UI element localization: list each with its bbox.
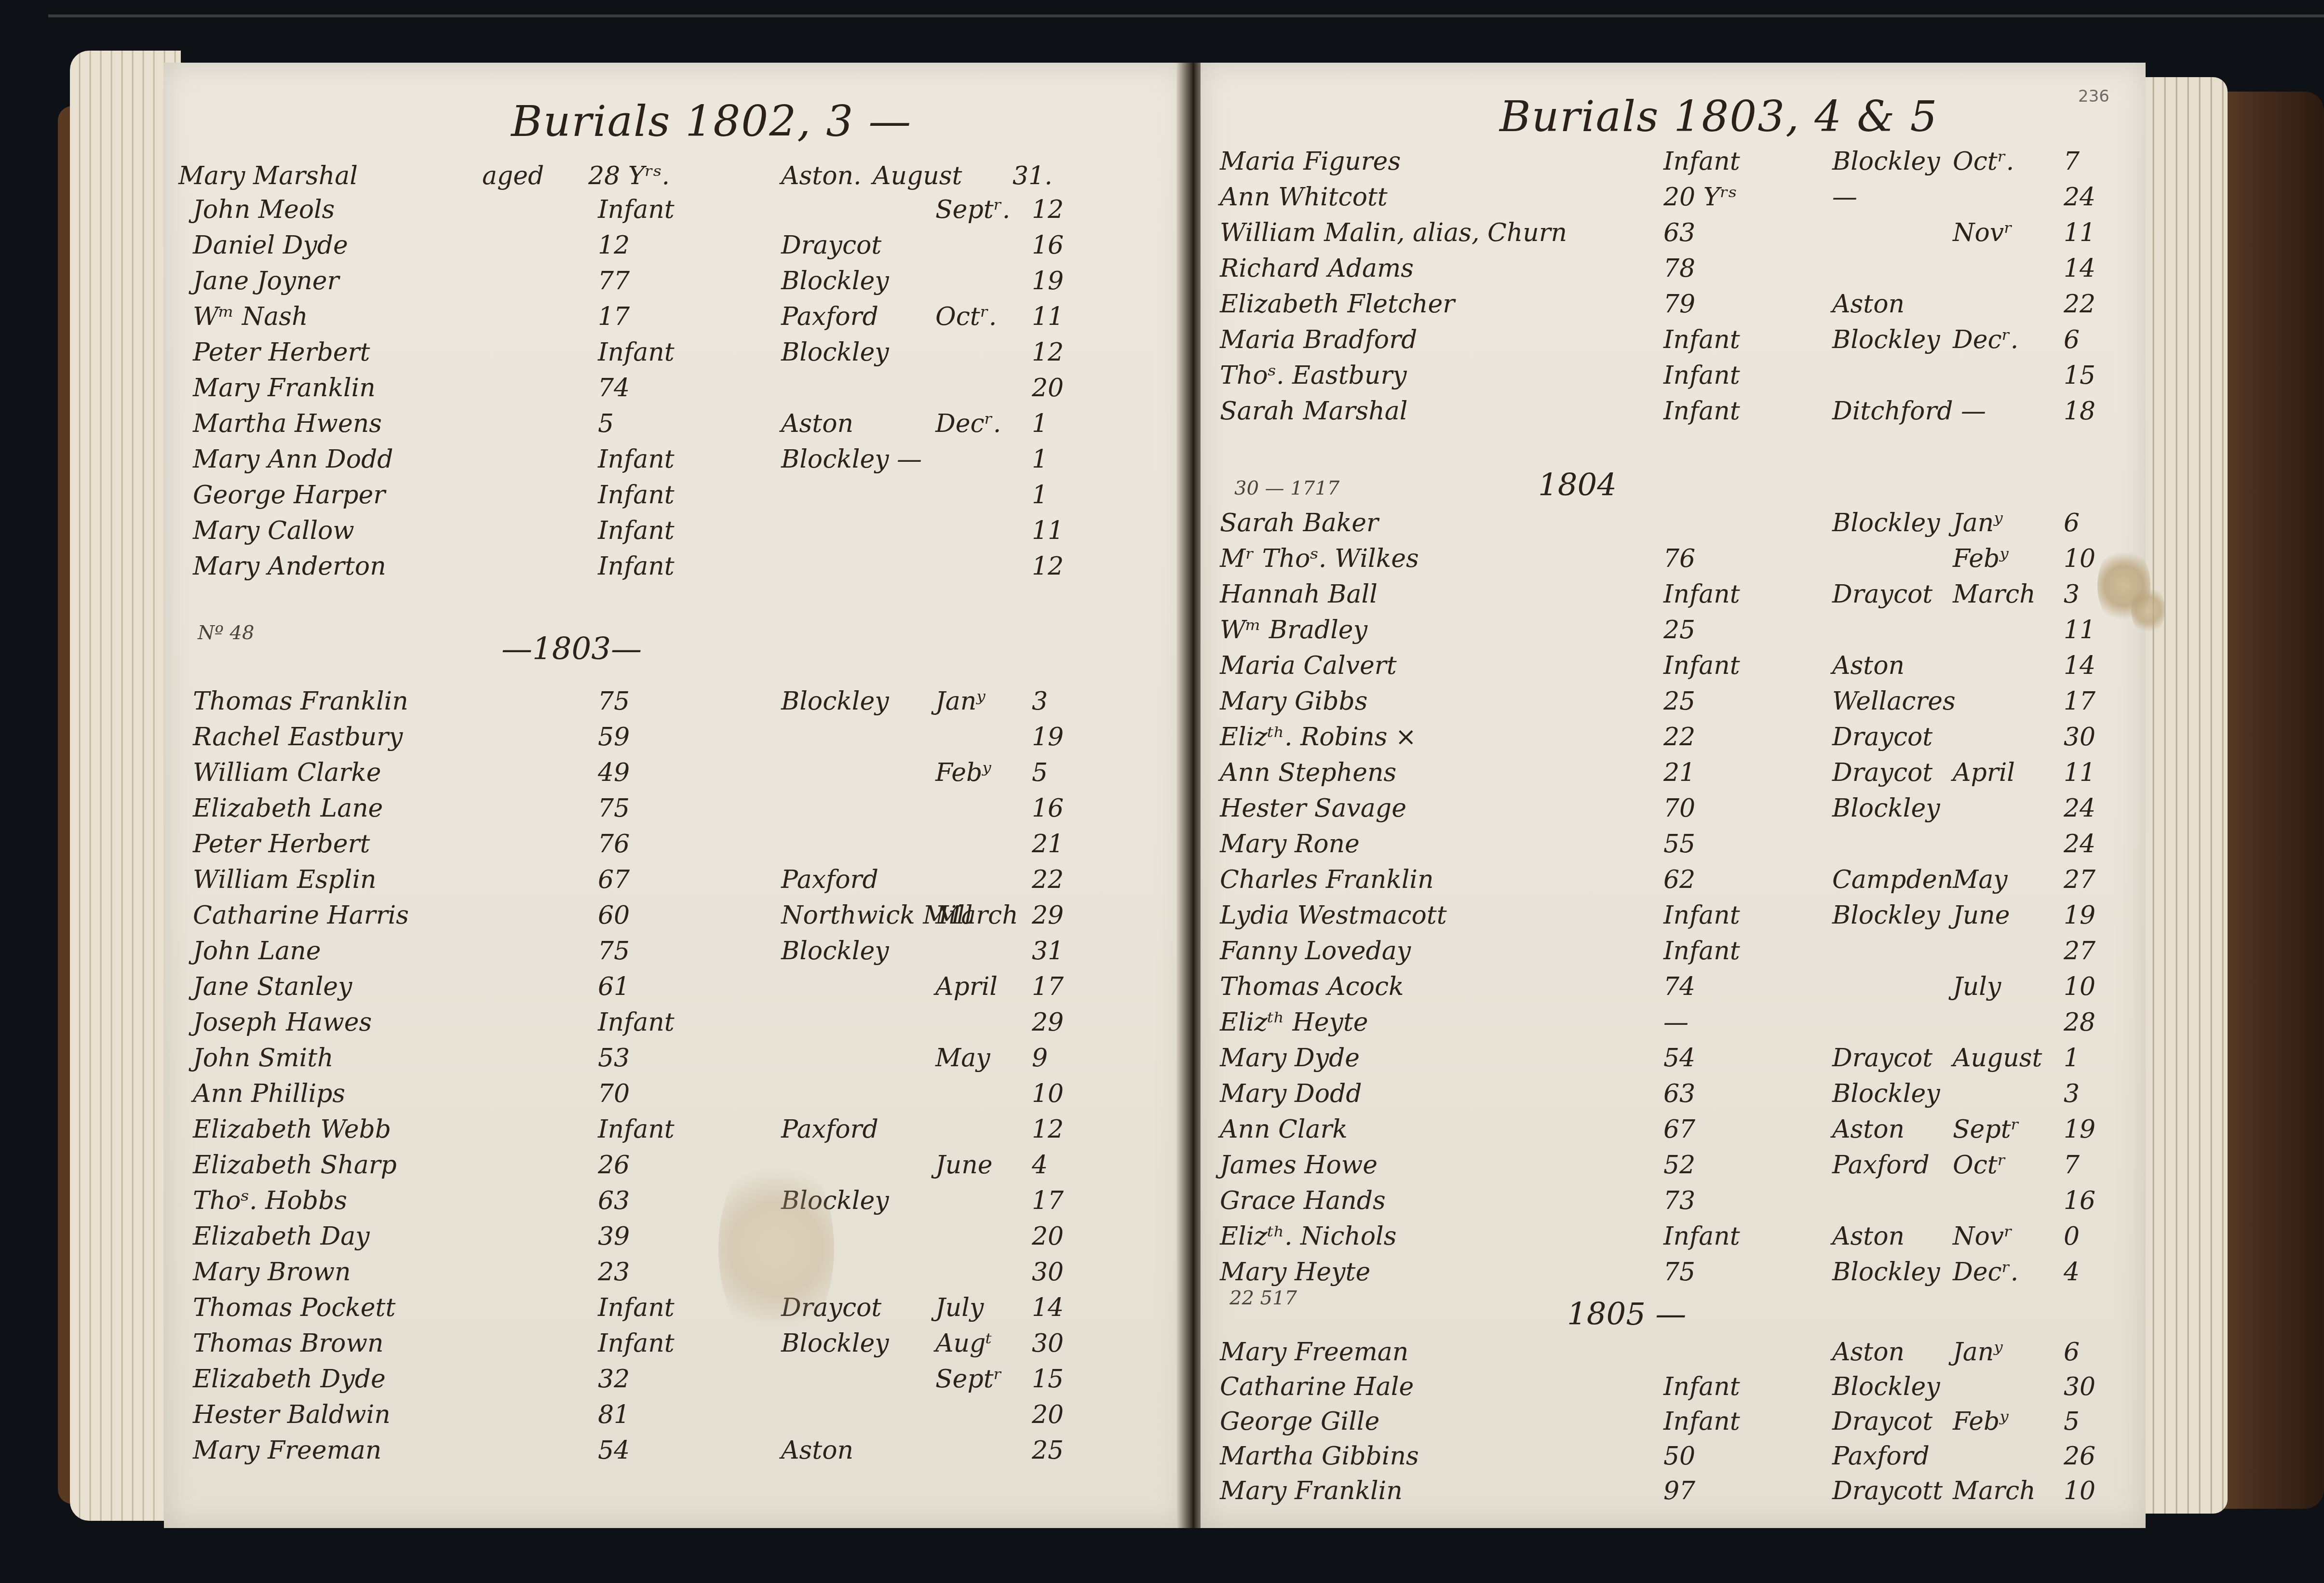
entry-day: 11 (2064, 216, 2095, 250)
entry-age: 78 (1663, 252, 1695, 285)
register-entry: George HarperInfant1 (164, 478, 1186, 512)
entry-age: 39 (598, 1220, 630, 1253)
entry-day: 29 (1032, 1006, 1064, 1039)
entry-day: 17 (1032, 970, 1064, 1004)
register-entry: Martha Hwens5AstonDecʳ.1 (164, 407, 1186, 441)
entry-age: Infant (598, 443, 675, 476)
entry-age: 61 (598, 970, 630, 1004)
register-entry: Mary AndertonInfant12 (164, 550, 1186, 583)
entry-day: 12 (1032, 193, 1064, 227)
entry-day: 27 (2064, 934, 2095, 968)
entry-age: 75 (1663, 1255, 1695, 1289)
entry-name: Peter Herbert (193, 827, 370, 861)
backdrop-edge (48, 14, 2324, 17)
entry-name: Mary Heyte (1220, 1255, 1370, 1289)
entry-name: Mary Rone (1220, 827, 1360, 861)
entry-day: 19 (2064, 899, 2095, 932)
entry-day: 20 (1032, 1398, 1064, 1432)
entry-day: 1 (2064, 1041, 2080, 1075)
entry-month: Decʳ. (1953, 323, 2018, 357)
entry-month: Febʸ (1953, 542, 2009, 576)
entry-age: Infant (1663, 1370, 1740, 1404)
entry-name: Martha Gibbins (1220, 1439, 1419, 1473)
entry-place: Paxford (781, 863, 878, 897)
entry-day: 22 (1032, 863, 1064, 897)
entry-name: John Lane (193, 934, 321, 968)
entry-day: 3 (2064, 1077, 2080, 1111)
entry-age: Infant (598, 514, 675, 548)
entry-name: Jane Stanley (193, 970, 352, 1004)
entry-place: Draycot (781, 228, 881, 262)
entry-name: Fanny Loveday (1220, 934, 1411, 968)
entry-day: 5 (1032, 756, 1048, 790)
entry-name: Ann Whitcott (1220, 180, 1388, 214)
entry-age: Infant (1663, 145, 1740, 178)
entry-name: Jane Joyner (193, 264, 339, 298)
entry-name: Grace Hands (1220, 1184, 1386, 1218)
register-entry: Thomas Franklin75BlockleyJanʸ3 (164, 684, 1186, 718)
entry-day: 5 (2064, 1405, 2080, 1438)
entry-name: John Meols (193, 193, 335, 227)
aged-label: aged (482, 159, 544, 193)
entry-age: 75 (598, 791, 630, 825)
entry-age: Infant (598, 335, 675, 369)
register-entry: Elizabeth Dyde32Septʳ15 (164, 1362, 1186, 1396)
entry-day: 19 (2064, 1113, 2095, 1146)
entry-name: Mary Dyde (1220, 1041, 1360, 1075)
entry-day: 17 (2064, 684, 2095, 718)
entry-day: 28 (2064, 1006, 2095, 1039)
entry-month: Decʳ. (1953, 1255, 2018, 1289)
entry-age: 50 (1663, 1439, 1695, 1473)
entry-age: Infant (598, 1113, 675, 1146)
entry-day: 11 (1032, 514, 1064, 548)
register-entry: Mary Heyte75BlockleyDecʳ.4 (1201, 1255, 2146, 1289)
entry-month: Novʳ (1953, 1220, 2013, 1253)
register-entry: Charles Franklin62CampdenMay27 (1201, 863, 2146, 897)
entry-age: 49 (598, 756, 630, 790)
entry-name: Daniel Dyde (193, 228, 348, 262)
register-entry: Fanny LovedayInfant27 (1201, 934, 2146, 968)
entry-place: Aston (781, 1434, 853, 1467)
entry-name: Elizabeth Sharp (193, 1148, 397, 1182)
entry-age: 67 (598, 863, 630, 897)
entry-month: July (1953, 970, 2001, 1004)
entry-age: 26 (598, 1148, 630, 1182)
entry-name: Sarah Baker (1220, 506, 1378, 540)
entry-day: 12 (1032, 550, 1064, 583)
entry-day: 31. (1013, 159, 1053, 193)
register-entry: Jane Stanley61April17 (164, 970, 1186, 1004)
register-entry: Catharine Harris60Northwick MillMarch29 (164, 899, 1186, 932)
entry-name: Mary Anderton (193, 550, 386, 583)
entry-day: 18 (2064, 394, 2095, 428)
register-entry: Elizabeth Day3920 (164, 1220, 1186, 1253)
entry-age: 52 (1663, 1148, 1695, 1182)
entry-name: Thomas Brown (193, 1327, 383, 1360)
entry-age: Infant (598, 550, 675, 583)
entry-age: 28 Yʳˢ. (588, 159, 670, 193)
entry-day: 27 (2064, 863, 2095, 897)
year-divider: —1803— (501, 631, 642, 667)
entry-day: 20 (1032, 1220, 1064, 1253)
entry-age: 73 (1663, 1184, 1695, 1218)
entry-month: Octʳ (1953, 1148, 2006, 1182)
entry-age: Infant (598, 1006, 675, 1039)
entry-month: Septʳ (935, 1362, 1002, 1396)
register-entry: Mary CallowInfant11 (164, 514, 1186, 548)
entry-day: 12 (1032, 335, 1064, 369)
entry-age: Infant (1663, 394, 1740, 428)
entry-age: Infant (1663, 359, 1740, 392)
entry-name: Catharine Hale (1220, 1370, 1414, 1404)
entry-day: 19 (1032, 720, 1064, 754)
register-entry: Ann Whitcott20 Yʳˢ—24 (1201, 180, 2146, 214)
entry-age: 70 (1663, 791, 1695, 825)
register-entry: Sarah BakerBlockleyJanʸ6 (1201, 506, 2146, 540)
entry-month: Novʳ (1953, 216, 2013, 250)
register-entry: Peter HerbertInfantBlockley12 (164, 335, 1186, 369)
entry-name: William Malin, alias, Churn (1220, 216, 1567, 250)
entry-month: Septʳ. (935, 193, 1010, 227)
entry-day: 9 (1032, 1041, 1048, 1075)
entry-age: Infant (1663, 1405, 1740, 1438)
register-entry: Catharine HaleInfantBlockley30 (1201, 1370, 2146, 1404)
entry-place: Paxford (1832, 1148, 1930, 1182)
entry-place: Draycot (1832, 720, 1932, 754)
entry-age: 17 (598, 300, 630, 334)
register-entry: Mary Brown2330 (164, 1255, 1186, 1289)
entry-name: Elizᵗʰ. Nichols (1220, 1220, 1396, 1253)
entry-name: Maria Calvert (1220, 649, 1397, 683)
register-entry: Sarah MarshalInfantDitchford —18 (1201, 394, 2146, 428)
entry-place: Draycot (1832, 1405, 1932, 1438)
entry-age: 76 (1663, 542, 1695, 576)
register-entry: Mʳ Thoˢ. Wilkes76Febʸ10 (1201, 542, 2146, 576)
entry-age: 77 (598, 264, 630, 298)
entry-age: 55 (1663, 827, 1695, 861)
entry-name: James Howe (1220, 1148, 1378, 1182)
register-entry: Mary Franklin7420 (164, 371, 1186, 405)
margin-note: Nº 48 (198, 622, 254, 644)
entry-day: 26 (2064, 1439, 2095, 1473)
register-entry: John Lane75Blockley31 (164, 934, 1186, 968)
entry-place: Paxford (781, 300, 878, 334)
register-entry: Hester Baldwin8120 (164, 1398, 1186, 1432)
entry-place: Aston (1832, 1220, 1905, 1253)
water-stain (718, 1147, 834, 1350)
register-entry: John Smith53May9 (164, 1041, 1186, 1075)
register-entry: Thoˢ. Hobbs63Blockley17 (164, 1184, 1186, 1218)
entry-name: Mary Gibbs (1220, 684, 1367, 718)
register-entry: Richard Adams7814 (1201, 252, 2146, 285)
entry-day: 14 (1032, 1291, 1064, 1325)
entry-month: March (1953, 577, 2036, 611)
entry-place: Ditchford — (1832, 394, 1986, 428)
entry-month: June (1953, 899, 2010, 932)
entry-name: Mary Freeman (193, 1434, 381, 1467)
entry-place: Blockley (1832, 1255, 1940, 1289)
entry-month: May (1953, 863, 2008, 897)
entry-day: 10 (2064, 970, 2095, 1004)
entry-day: 24 (2064, 791, 2095, 825)
entry-day: 30 (2064, 720, 2095, 754)
entry-day: 20 (1032, 371, 1064, 405)
entry-day: 12 (1032, 1113, 1064, 1146)
entry-month: Septʳ (1953, 1113, 2020, 1146)
entry-month: Febʸ (935, 756, 991, 790)
entry-age: 75 (598, 684, 630, 718)
entry-day: 6 (2064, 1335, 2080, 1369)
left-page: Burials 1802, 3 — Mary Marshal aged 28 Y… (164, 63, 1186, 1528)
entry-age: 63 (598, 1184, 630, 1218)
year-divider: 1804 (1538, 468, 1617, 503)
entry-day: 7 (2064, 145, 2080, 178)
entry-age: 76 (598, 827, 630, 861)
entry-day: 16 (2064, 1184, 2095, 1218)
entry-place: Paxford (1832, 1439, 1930, 1473)
page-number: 236 (2078, 87, 2109, 106)
entry-name: Mʳ Thoˢ. Wilkes (1220, 542, 1419, 576)
entry-name: Hannah Ball (1220, 577, 1378, 611)
entry-name: Elizabeth Fletcher (1220, 287, 1455, 321)
register-entry: George GilleInfantDraycotFebʸ5 (1201, 1405, 2146, 1438)
entry-name: John Smith (193, 1041, 334, 1075)
register-entry: Elizabeth Sharp26June4 (164, 1148, 1186, 1182)
entry-age: 74 (1663, 970, 1695, 1004)
entry-day: 24 (2064, 827, 2095, 861)
entry-day: 6 (2064, 323, 2080, 357)
entry-name: Ann Clark (1220, 1113, 1348, 1146)
page-edges-right (2131, 77, 2228, 1514)
entry-place: Aston. (781, 159, 861, 193)
entry-name: Rachel Eastbury (193, 720, 403, 754)
entry-name: Ann Stephens (1220, 756, 1396, 790)
entry-place: Wellacres (1832, 684, 1956, 718)
register-entry: Thomas PockettInfantDraycotJuly14 (164, 1291, 1186, 1325)
entry-place: Blockley (1832, 791, 1940, 825)
entry-day: 10 (2064, 1474, 2095, 1508)
entry-age: Infant (598, 1291, 675, 1325)
entry-place: Blockley (781, 934, 889, 968)
entry-place: Aston (1832, 649, 1905, 683)
entry-day: 0 (2064, 1220, 2080, 1253)
entry-age: 81 (598, 1398, 630, 1432)
entry-age: 74 (598, 371, 630, 405)
entry-name: George Harper (193, 478, 385, 512)
entry-day: 14 (2064, 252, 2095, 285)
entry-age: Infant (1663, 577, 1740, 611)
entry-name: Mary Marshal (178, 159, 358, 193)
entry-month: June (935, 1148, 993, 1182)
entry-month: Janʸ (935, 684, 986, 718)
entry-name: Richard Adams (1220, 252, 1414, 285)
entry-month: April (1953, 756, 2015, 790)
entry-age: 25 (1663, 613, 1695, 647)
entry-name: Catharine Harris (193, 899, 409, 932)
entry-day: 30 (2064, 1370, 2095, 1404)
register-entry: Grace Hands7316 (1201, 1184, 2146, 1218)
register-entry: Elizᵗʰ. Robins ×22Draycot30 (1201, 720, 2146, 754)
entry-age: 25 (1663, 684, 1695, 718)
entry-name: Maria Figures (1220, 145, 1401, 178)
register-entry: Mary Dyde54DraycotAugust1 (1201, 1041, 2146, 1075)
entry-place: Blockley — (781, 443, 922, 476)
entry-name: Sarah Marshal (1220, 394, 1407, 428)
entry-age: 62 (1663, 863, 1695, 897)
entry-name: Mary Franklin (193, 371, 376, 405)
entry-month: July (935, 1291, 984, 1325)
entry-name: Mary Brown (193, 1255, 351, 1289)
register-entry: Mary Franklin97DraycottMarch10 (1201, 1474, 2146, 1508)
entry-name: Elizabeth Dyde (193, 1362, 386, 1396)
entry-place: Blockley (1832, 899, 1940, 932)
entry-age: 54 (598, 1434, 630, 1467)
entry-age: 54 (1663, 1041, 1695, 1075)
entry-day: 11 (1032, 300, 1064, 334)
register-entry: Ann Stephens21DraycotApril11 (1201, 756, 2146, 790)
entry-age: 75 (598, 934, 630, 968)
entry-day: 25 (1032, 1434, 1064, 1467)
register-entry: Maria FiguresInfantBlockleyOctʳ.7 (1201, 145, 2146, 178)
entry-day: 4 (2064, 1255, 2080, 1289)
register-entry: Peter Herbert7621 (164, 827, 1186, 861)
register-entry: John MeolsInfantSeptʳ.12 (164, 193, 1186, 227)
entry-day: 1 (1032, 443, 1048, 476)
entry-name: William Clarke (193, 756, 381, 790)
register-entry: Ann Clark67AstonSeptʳ19 (1201, 1113, 2146, 1146)
register-entry: Hannah BallInfantDraycotMarch3 (1201, 577, 2146, 611)
entry-place: Draycott (1832, 1474, 1943, 1508)
register-entry: Martha Gibbins50Paxford26 (1201, 1439, 2146, 1473)
entry-day: 3 (1032, 684, 1048, 718)
register-entry: Jane Joyner77Blockley19 (164, 264, 1186, 298)
page-title: Burials 1802, 3 — (511, 96, 912, 146)
register-entry: William Esplin67Paxford22 (164, 863, 1186, 897)
entry-name: Thomas Pockett (193, 1291, 395, 1325)
entry-month: March (1953, 1474, 2036, 1508)
entry-day: 6 (2064, 506, 2080, 540)
entry-day: 10 (1032, 1077, 1064, 1111)
entry-month: Decʳ. (935, 407, 1001, 441)
entry-name: Mary Ann Dodd (193, 443, 393, 476)
entry-place: Aston (1832, 1335, 1905, 1369)
register-entry: Rachel Eastbury5919 (164, 720, 1186, 754)
entry-place: Blockley (1832, 1077, 1940, 1111)
entry-day: 4 (1032, 1148, 1048, 1182)
entry-name: Thoˢ. Hobbs (193, 1184, 347, 1218)
entry-place: Blockley (781, 264, 889, 298)
entry-age: 63 (1663, 1077, 1695, 1111)
entry-place: — (1832, 180, 1857, 214)
entry-age: Infant (598, 193, 675, 227)
register-entry: Elizᵗʰ. NicholsInfantAstonNovʳ0 (1201, 1220, 2146, 1253)
entry-month: Janʸ (1953, 506, 2003, 540)
register-entry: Ann Phillips7010 (164, 1077, 1186, 1111)
entry-age: — (1663, 1006, 1689, 1039)
margin-note: 30 — 1717 (1234, 477, 1339, 499)
entry-age: Infant (598, 478, 675, 512)
entry-day: 7 (2064, 1148, 2080, 1182)
entry-name: Elizabeth Lane (193, 791, 383, 825)
entry-place: Draycot (1832, 577, 1932, 611)
entry-age: Infant (1663, 1220, 1740, 1253)
entry-name: Wᵐ Nash (193, 300, 308, 334)
register-entry: Mary Marshal aged 28 Yʳˢ. Aston. August … (164, 159, 1186, 193)
entry-age: 59 (598, 720, 630, 754)
page-title: Burials 1803, 4 & 5 (1500, 92, 1938, 141)
entry-place: Campden (1832, 863, 1953, 897)
register-entry: Maria CalvertInfantAston14 (1201, 649, 2146, 683)
entry-age: 60 (598, 899, 630, 932)
entry-month: March (935, 899, 1018, 932)
entry-name: Elizᵗʰ. Robins × (1220, 720, 1417, 754)
entry-name: George Gille (1220, 1405, 1379, 1438)
entry-day: 16 (1032, 228, 1064, 262)
entry-age: 70 (598, 1077, 630, 1111)
entry-day: 1 (1032, 478, 1048, 512)
register-entry: Lydia WestmacottInfantBlockleyJune19 (1201, 899, 2146, 932)
entry-name: Peter Herbert (193, 335, 370, 369)
entry-name: Elizᵗʰ Heyte (1220, 1006, 1368, 1039)
entry-day: 15 (2064, 359, 2095, 392)
register-entry: Mary FreemanAstonJanʸ6 (1201, 1335, 2146, 1369)
entry-month: May (935, 1041, 990, 1075)
register-entry: Mary Freeman54Aston25 (164, 1434, 1186, 1467)
entry-age: Infant (1663, 649, 1740, 683)
register-entry: Wᵐ Nash17PaxfordOctʳ.11 (164, 300, 1186, 334)
entry-place: Aston (781, 407, 853, 441)
register-entry: Thomas BrownInfantBlockleyAugᵗ30 (164, 1327, 1186, 1360)
entry-age: Infant (1663, 899, 1740, 932)
entry-name: Martha Hwens (193, 407, 382, 441)
entry-name: Thomas Acock (1220, 970, 1404, 1004)
entry-age: 20 Yʳˢ (1663, 180, 1737, 214)
paper-stain (2131, 583, 2165, 636)
register-entry: Mary Dodd63Blockley3 (1201, 1077, 2146, 1111)
entry-day: 19 (1032, 264, 1064, 298)
entry-day: 16 (1032, 791, 1064, 825)
entry-name: Wᵐ Bradley (1220, 613, 1367, 647)
entry-day: 22 (2064, 287, 2095, 321)
register-entry: Hester Savage70Blockley24 (1201, 791, 2146, 825)
entry-name: Joseph Hawes (193, 1006, 372, 1039)
entry-name: Hester Baldwin (193, 1398, 391, 1432)
entry-name: Elizabeth Day (193, 1220, 370, 1253)
entry-month: Janʸ (1953, 1335, 2003, 1369)
entry-name: William Esplin (193, 863, 377, 897)
entry-age: 32 (598, 1362, 630, 1396)
entry-day: 30 (1032, 1327, 1064, 1360)
register-entry: Maria BradfordInfantBlockleyDecʳ.6 (1201, 323, 2146, 357)
register-entry: Joseph HawesInfant29 (164, 1006, 1186, 1039)
entry-month: April (935, 970, 998, 1004)
entry-month: Octʳ. (1953, 145, 2014, 178)
entry-month: August (873, 159, 962, 193)
entry-place: Aston (1832, 287, 1905, 321)
entry-age: 63 (1663, 216, 1695, 250)
register-entry: Mary Gibbs25Wellacres17 (1201, 684, 2146, 718)
entry-place: Draycot (1832, 756, 1932, 790)
entry-name: Maria Bradford (1220, 323, 1417, 357)
register-entry: Thomas Acock74July10 (1201, 970, 2146, 1004)
entry-place: Blockley (1832, 1370, 1940, 1404)
entry-name: Hester Savage (1220, 791, 1406, 825)
right-page: Burials 1803, 4 & 5 236 Maria FiguresInf… (1201, 63, 2146, 1528)
register-entry: Elizabeth Lane7516 (164, 791, 1186, 825)
entry-age: Infant (1663, 323, 1740, 357)
year-divider: 1805 — (1567, 1297, 1686, 1332)
